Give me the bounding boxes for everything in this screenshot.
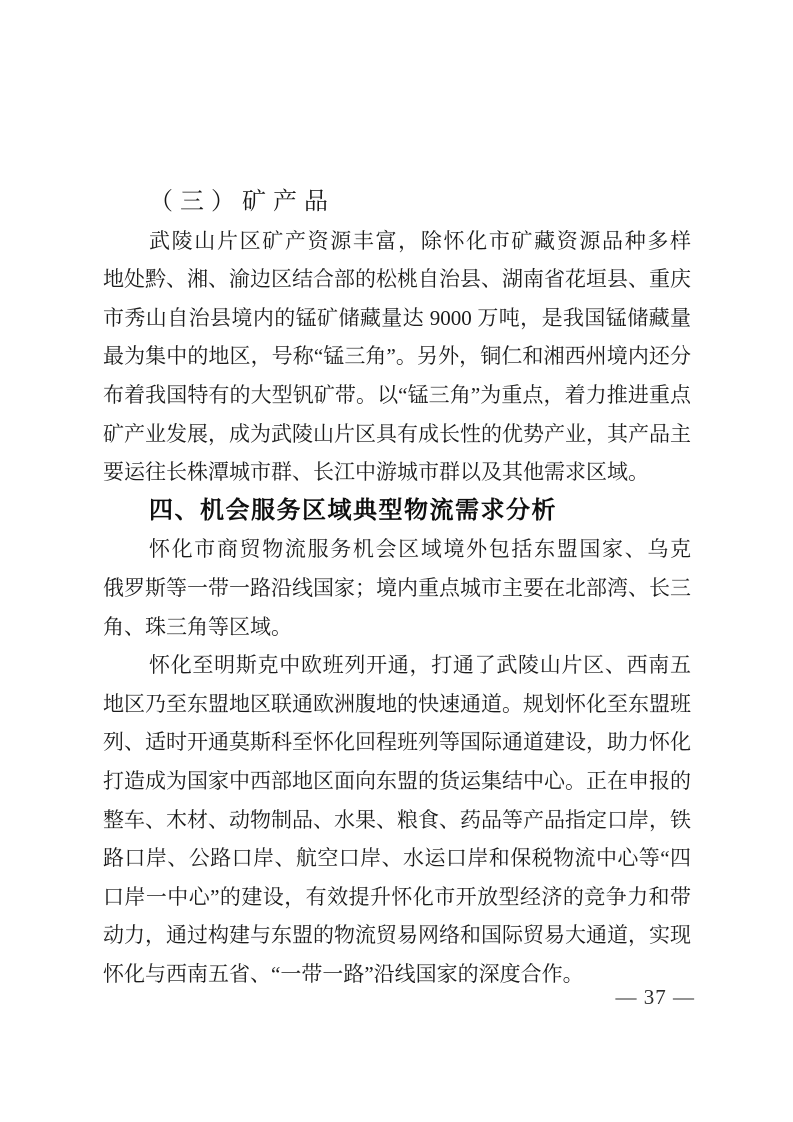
paragraph-line: 武陵山片区矿产资源丰富，除怀化市矿藏资源品种多样外， xyxy=(103,222,691,261)
paragraph-line: 整车、木材、动物制品、水果、粮食、药品等产品指定口岸，铁 xyxy=(103,801,691,840)
paragraph-line: 地区乃至东盟地区联通欧洲腹地的快速通道。规划怀化至东盟班 xyxy=(103,685,691,724)
paragraph-line: 怀化市商贸物流服务机会区域境外包括东盟国家、乌克兰、 xyxy=(103,530,691,569)
paragraph-line: 路口岸、公路口岸、航空口岸、水运口岸和保税物流中心等“四 xyxy=(103,839,691,878)
paragraph-line: 要运往长株潭城市群、长江中游城市群以及其他需求区域。 xyxy=(103,453,691,492)
paragraph-line: 怀化至明斯克中欧班列开通，打通了武陵山片区、西南五省 xyxy=(103,646,691,685)
page-body: （三）矿产品 武陵山片区矿产资源丰富，除怀化市矿藏资源品种多样外， 地处黔、湘、… xyxy=(103,183,691,993)
paragraph-line: 怀化与西南五省、“一带一路”沿线国家的深度合作。 xyxy=(103,955,691,994)
paragraph-line: 地处黔、湘、渝边区结合部的松桃自治县、湖南省花垣县、重庆 xyxy=(103,260,691,299)
paragraph-line: 矿产业发展，成为武陵山片区具有成长性的优势产业，其产品主 xyxy=(103,415,691,454)
paragraph-line: 布着我国特有的大型钒矿带。以“锰三角”为重点，着力推进重点 xyxy=(103,376,691,415)
paragraph-line: 最为集中的地区，号称“锰三角”。另外，铜仁和湘西州境内还分 xyxy=(103,337,691,376)
paragraph-line: 市秀山自治县境内的锰矿储藏量达 9000 万吨，是我国锰储藏量 xyxy=(103,299,691,338)
paragraph-line: 口岸一中心”的建设，有效提升怀化市开放型经济的竞争力和带 xyxy=(103,878,691,917)
paragraph-line: 打造成为国家中西部地区面向东盟的货运集结中心。正在申报的 xyxy=(103,762,691,801)
paragraph-line: 列、适时开通莫斯科至怀化回程班列等国际通道建设，助力怀化 xyxy=(103,723,691,762)
section-heading: 四、机会服务区域典型物流需求分析 xyxy=(103,492,691,531)
document-page: （三）矿产品 武陵山片区矿产资源丰富，除怀化市矿藏资源品种多样外， 地处黔、湘、… xyxy=(0,0,793,1122)
paragraph-line: 动力，通过构建与东盟的物流贸易网络和国际贸易大通道，实现 xyxy=(103,916,691,955)
page-footer: — 37 — xyxy=(616,985,696,1010)
subsection-heading: （三）矿产品 xyxy=(103,183,691,222)
paragraph-line: 角、珠三角等区域。 xyxy=(103,608,691,647)
paragraph-line: 俄罗斯等一带一路沿线国家；境内重点城市主要在北部湾、长三 xyxy=(103,569,691,608)
page-number: — 37 — xyxy=(616,985,696,1009)
